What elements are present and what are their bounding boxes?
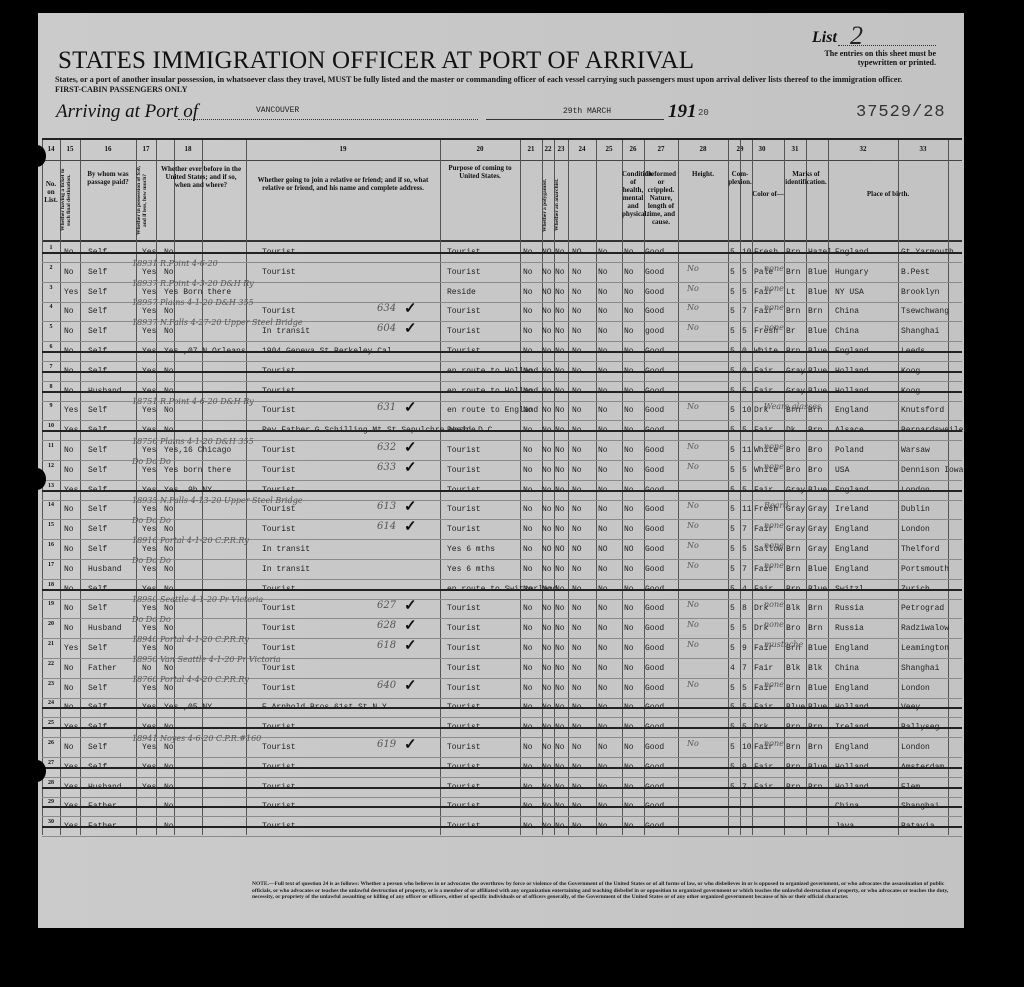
- column-number: 21: [523, 145, 539, 153]
- cell-c22: No: [542, 565, 552, 574]
- row-number: 15: [42, 522, 60, 528]
- cell-before: No: [164, 644, 174, 653]
- cell-before: No: [164, 307, 174, 316]
- cell-c25: No: [598, 743, 608, 752]
- cell-complexion: Fair: [754, 387, 773, 396]
- table-row: 7NoSelfYesNoTouristen route to HollandNo…: [42, 361, 962, 382]
- cell-before: Yes ,05 NY: [164, 703, 212, 712]
- handwritten-annotation: Do Do Do: [132, 457, 171, 466]
- cell-country: England: [835, 565, 869, 574]
- cell-c26: No: [624, 505, 634, 514]
- cell-c22: No: [542, 783, 552, 792]
- cell-c22: No: [542, 822, 552, 831]
- year-prefix: 191: [668, 101, 697, 123]
- cell-ft: 5: [730, 624, 735, 633]
- cell-hair: Brn: [786, 347, 800, 356]
- cell-c23: No: [555, 565, 565, 574]
- cell-city: Batavia: [901, 822, 935, 831]
- cell-c21: No: [523, 723, 533, 732]
- cell-in: 5: [742, 288, 747, 297]
- cell-health: Good: [645, 288, 664, 297]
- cell-money: No: [142, 664, 152, 673]
- cell-paid: Father: [88, 664, 117, 673]
- column-header: Condition of health, mental and physical…: [622, 170, 644, 218]
- cell-deformed: No: [687, 561, 699, 570]
- cell-purpose: Tourist: [447, 802, 481, 811]
- cell-ft: 5: [730, 288, 735, 297]
- cell-c24: No: [572, 486, 582, 495]
- cell-city: Elem: [901, 783, 920, 792]
- typewritten-note: The entries on this sheet must be typewr…: [806, 49, 936, 67]
- cell-marks: none: [764, 541, 784, 550]
- cell-c23: No: [555, 347, 565, 356]
- cell-c23: No: [555, 644, 565, 653]
- cell-money: Yes: [142, 367, 156, 376]
- table-row: 12NoSelfYesYes born thereTouristTouristN…: [42, 460, 962, 481]
- binder-hole: [28, 760, 46, 782]
- cell-paid: Self: [88, 248, 107, 257]
- cell-c26: No: [624, 347, 634, 356]
- cell-before: No: [164, 545, 174, 554]
- handwritten-annotation: 18760 Portal 4-4-20 C.P.R.Ry: [132, 675, 249, 684]
- cell-hair: Gray: [786, 505, 805, 514]
- cell-c26: No: [624, 624, 634, 633]
- cell-c26: No: [624, 644, 634, 653]
- cell-in: 9: [742, 763, 747, 772]
- cell-c22: No: [542, 446, 552, 455]
- cell-c24: No: [572, 783, 582, 792]
- cell-ticket: Yes: [64, 723, 78, 732]
- row-number: 16: [42, 542, 60, 548]
- cell-c26: NO: [624, 545, 634, 554]
- row-number: 17: [42, 562, 60, 568]
- inspection-number: 631: [377, 402, 396, 413]
- port-value: VANCOUVER: [256, 106, 299, 115]
- year-suffix: 20: [698, 108, 709, 118]
- cell-ft: 5: [730, 585, 735, 594]
- cell-deformed: No: [687, 541, 699, 550]
- cell-ticket: Yes: [64, 406, 78, 415]
- cell-paid: Husband: [88, 624, 122, 633]
- cell-paid: Father: [88, 802, 117, 811]
- cell-money: Yes: [142, 545, 156, 554]
- cell-health: Good: [645, 387, 664, 396]
- cell-eyes: Bro: [808, 446, 822, 455]
- cell-c25: No: [598, 426, 608, 435]
- cell-ticket: No: [64, 703, 74, 712]
- cell-purpose: Yes 6 mths: [447, 565, 495, 574]
- cell-c21: No: [523, 367, 533, 376]
- cell-before: No: [164, 367, 174, 376]
- cell-c23: No: [555, 466, 565, 475]
- cell-c25: No: [598, 624, 608, 633]
- cell-c25: No: [598, 664, 608, 673]
- handwritten-annotation: Do Do Do: [132, 556, 171, 565]
- cell-country: China: [835, 327, 859, 336]
- cell-ticket: No: [64, 387, 74, 396]
- cell-purpose: Tourist: [447, 268, 481, 277]
- cell-marks: none: [764, 620, 784, 629]
- cell-paid: Self: [88, 307, 107, 316]
- column-header: Purpose of coming to United States.: [442, 164, 518, 180]
- handwritten-annotation: 18756 Plains 4-1-20 D&H 355: [132, 437, 254, 446]
- cell-paid: Self: [88, 406, 107, 415]
- cell-before: No: [164, 664, 174, 673]
- cell-in: 11: [742, 446, 752, 455]
- cell-paid: Self: [88, 446, 107, 455]
- cell-c26: No: [624, 684, 634, 693]
- cell-c22: No: [542, 684, 552, 693]
- cell-purpose: Yes 6 mths: [447, 545, 495, 554]
- cell-in: 5: [742, 466, 747, 475]
- cell-ticket: No: [64, 367, 74, 376]
- cell-eyes: Gray: [808, 525, 827, 534]
- cell-marks: none: [764, 284, 784, 293]
- cell-join: Tourist: [262, 763, 296, 772]
- cell-health: Good: [645, 565, 664, 574]
- cell-before: No: [164, 585, 174, 594]
- cell-in: 5: [742, 327, 747, 336]
- cell-c23: No: [555, 446, 565, 455]
- cell-c25: No: [598, 525, 608, 534]
- cell-health: Good: [645, 684, 664, 693]
- inspection-number: 614: [377, 521, 396, 532]
- cell-ft: 5: [730, 367, 735, 376]
- cell-city: Amsterdam: [901, 763, 944, 772]
- cell-health: Good: [645, 703, 664, 712]
- class-label: FIRST-CABIN PASSENGERS ONLY: [55, 85, 188, 94]
- cell-c24: No: [572, 367, 582, 376]
- cell-city: Shanghai: [901, 664, 939, 673]
- cell-c26: No: [624, 248, 634, 257]
- cell-eyes: Blue: [808, 585, 827, 594]
- cell-eyes: Blue: [808, 387, 827, 396]
- cell-c25: No: [598, 585, 608, 594]
- cell-before: No: [164, 525, 174, 534]
- cell-city: Warsaw: [901, 446, 930, 455]
- cell-money: Yes: [142, 486, 156, 495]
- cell-paid: Self: [88, 367, 107, 376]
- cell-eyes: Blue: [808, 684, 827, 693]
- cell-complexion: Fair: [754, 367, 773, 376]
- cell-hair: Blk: [786, 664, 800, 673]
- cell-health: Good: [645, 268, 664, 277]
- cell-hair: Blue: [786, 703, 805, 712]
- cell-c25: No: [598, 486, 608, 495]
- cell-join: Tourist: [262, 387, 296, 396]
- cell-money: Yes: [142, 288, 156, 297]
- cell-marks: Wears glasses: [764, 402, 821, 411]
- cell-in: 4: [742, 585, 747, 594]
- cell-hair: Bro: [786, 624, 800, 633]
- inspection-number: 628: [377, 620, 396, 631]
- cell-c22: No: [542, 604, 552, 613]
- handwritten-annotation: 18931 R.Point 4-6-20: [132, 259, 218, 268]
- cell-before: No: [164, 505, 174, 514]
- cell-c23: No: [555, 406, 565, 415]
- column-number: 17: [138, 145, 154, 153]
- cell-health: Good: [645, 486, 664, 495]
- checkmark-icon: ✓: [404, 497, 417, 516]
- cell-c26: No: [624, 387, 634, 396]
- cell-city: Zurich: [901, 585, 930, 594]
- cell-c23: No: [555, 822, 565, 831]
- cell-eyes: Blue: [808, 565, 827, 574]
- cell-health: Good: [645, 604, 664, 613]
- cell-purpose: Tourist: [447, 763, 481, 772]
- cell-c23: No: [555, 604, 565, 613]
- cell-country: Switzl: [835, 585, 864, 594]
- cell-ticket: No: [64, 604, 74, 613]
- cell-deformed: No: [687, 501, 699, 510]
- cell-marks: none: [764, 264, 784, 273]
- cell-hair: Brn: [786, 684, 800, 693]
- cell-hair: Lt: [786, 288, 796, 297]
- cell-c26: No: [624, 268, 634, 277]
- cell-c21: No: [523, 387, 533, 396]
- table-row: 6NoSelfYesYes ,07 N.Orleans1904 Geneva S…: [42, 341, 962, 362]
- cell-in: 0: [742, 347, 747, 356]
- cell-purpose: Tourist: [447, 446, 481, 455]
- cell-eyes: Brn: [808, 307, 822, 316]
- cell-c23: No: [555, 723, 565, 732]
- cell-city: Koog: [901, 367, 920, 376]
- cell-country: Alsace: [835, 426, 864, 435]
- column-number: 32: [855, 145, 871, 153]
- cell-before: Yes .9b NY: [164, 486, 212, 495]
- cell-c25: No: [598, 822, 608, 831]
- cell-city: B.Pest: [901, 268, 930, 277]
- cell-paid: Self: [88, 763, 107, 772]
- cell-city: Shanghai: [901, 802, 939, 811]
- cell-health: Good: [645, 426, 664, 435]
- cell-c23: NO: [555, 545, 565, 554]
- row-number: 8: [42, 384, 60, 390]
- cell-c26: No: [624, 288, 634, 297]
- table-row: 5NoSelfYesNoIn transitTouristNoNoNoNoNoN…: [42, 321, 962, 342]
- cell-c26: No: [624, 822, 634, 831]
- cell-complexion: Fair: [754, 486, 773, 495]
- cell-c24: No: [572, 307, 582, 316]
- row-number: 28: [42, 780, 60, 786]
- cell-ft: 5: [730, 644, 735, 653]
- cell-ticket: Yes: [64, 426, 78, 435]
- cell-eyes: Blue: [808, 644, 827, 653]
- cell-c25: No: [598, 307, 608, 316]
- cell-ticket: No: [64, 466, 74, 475]
- cell-ticket: Yes: [64, 763, 78, 772]
- cell-c24: No: [572, 288, 582, 297]
- row-number: 14: [42, 502, 60, 508]
- cell-purpose: Reside: [447, 426, 476, 435]
- cell-health: Good: [645, 822, 664, 831]
- cell-country: Ireland: [835, 505, 869, 514]
- cell-in: 10: [742, 406, 752, 415]
- checkmark-icon: ✓: [404, 616, 417, 635]
- cell-c21: No: [523, 347, 533, 356]
- cell-c25: No: [598, 723, 608, 732]
- column-number: 28: [695, 145, 711, 153]
- cell-c26: No: [624, 664, 634, 673]
- cell-hair: Brn: [786, 763, 800, 772]
- cell-money: Yes: [142, 565, 156, 574]
- cell-join: Tourist: [262, 723, 296, 732]
- cell-in: 5: [742, 387, 747, 396]
- cell-c24: No: [572, 644, 582, 653]
- column-header: By whom was passage paid?: [82, 170, 134, 186]
- cell-before: No: [164, 822, 174, 831]
- cell-c24: No: [572, 822, 582, 831]
- cell-c26: No: [624, 525, 634, 534]
- cell-eyes: Blue: [808, 268, 827, 277]
- cell-ft: 5: [730, 763, 735, 772]
- cell-paid: Self: [88, 327, 107, 336]
- cell-country: England: [835, 248, 869, 257]
- cell-c22: No: [542, 802, 552, 811]
- column-number: 26: [625, 145, 641, 153]
- handwritten-annotation: 18941 Noyes 4-6-20 C.P.R.#160: [132, 734, 261, 743]
- cell-paid: Husband: [88, 783, 122, 792]
- cell-deformed: No: [687, 462, 699, 471]
- row-number: 26: [42, 740, 60, 746]
- cell-marks: none: [764, 462, 784, 471]
- column-header: Color of—: [752, 190, 784, 198]
- cell-complexion: Fair: [754, 703, 773, 712]
- cell-paid: Self: [88, 525, 107, 534]
- cell-c23: No: [555, 525, 565, 534]
- cell-c22: No: [542, 723, 552, 732]
- cell-c26: No: [624, 783, 634, 792]
- document-title: STATES IMMIGRATION OFFICER AT PORT OF AR…: [58, 47, 694, 75]
- cell-ticket: No: [64, 347, 74, 356]
- cell-c21: No: [523, 248, 533, 257]
- cell-purpose: Tourist: [447, 624, 481, 633]
- cell-city: Radziwalow: [901, 624, 949, 633]
- checkmark-icon: ✓: [404, 438, 417, 457]
- cell-city: Tsewchwang: [901, 307, 949, 316]
- instruction-line: States, or a port of another insular pos…: [55, 75, 902, 84]
- cell-deformed: No: [687, 521, 699, 530]
- cell-money: Yes: [142, 644, 156, 653]
- cell-c23: No: [555, 763, 565, 772]
- cell-join: Tourist: [262, 604, 296, 613]
- cell-ft: 4: [730, 664, 735, 673]
- cell-before: No: [164, 624, 174, 633]
- cell-c24: No: [572, 505, 582, 514]
- cell-country: England: [835, 743, 869, 752]
- cell-money: Yes: [142, 624, 156, 633]
- row-number: 10: [42, 423, 60, 429]
- cell-c23: No: [555, 426, 565, 435]
- column-header: Whether in possession of $50, and if les…: [136, 165, 156, 235]
- handwritten-annotation: Do Do Do: [132, 516, 171, 525]
- cell-ft: 5: [730, 783, 735, 792]
- cell-ticket: Yes: [64, 486, 78, 495]
- cell-hair: Br: [786, 327, 796, 336]
- row-number: 6: [42, 344, 60, 350]
- cell-c22: No: [542, 367, 552, 376]
- cell-money: Yes: [142, 783, 156, 792]
- cell-join: Tourist: [262, 783, 296, 792]
- column-number-row: 1415161718192021222324252627282930313233: [42, 140, 962, 161]
- cell-c25: No: [598, 367, 608, 376]
- cell-country: Holland: [835, 703, 869, 712]
- cell-join: Tourist: [262, 644, 296, 653]
- checkmark-icon: ✓: [404, 398, 417, 417]
- cell-c23: No: [555, 684, 565, 693]
- cell-c25: No: [598, 604, 608, 613]
- handwritten-annotation: 18751 R.Point 4-6-20 D&H Ry: [132, 397, 254, 406]
- cell-ticket: No: [64, 565, 74, 574]
- cell-ft: 5: [730, 387, 735, 396]
- cell-c21: No: [523, 307, 533, 316]
- cell-purpose: Tourist: [447, 703, 481, 712]
- cell-in: 7: [742, 783, 747, 792]
- cell-c21: No: [523, 545, 533, 554]
- cell-in: 5: [742, 268, 747, 277]
- cell-paid: Self: [88, 545, 107, 554]
- cell-purpose: Tourist: [447, 822, 481, 831]
- cell-paid: Self: [88, 288, 107, 297]
- cell-join: E.Arnhold Bros 61st St N.Y.: [262, 703, 392, 712]
- manifest-table: 1415161718192021222324252627282930313233…: [42, 138, 962, 140]
- cell-money: Yes: [142, 347, 156, 356]
- handwritten-annotation: 18957 Plains 4-1-20 D&H 355: [132, 298, 254, 307]
- cell-country: Holland: [835, 763, 869, 772]
- cell-city: Veey: [901, 703, 920, 712]
- cell-c23: No: [555, 664, 565, 673]
- cell-c26: No: [624, 604, 634, 613]
- cell-purpose: en route to Switzerland: [447, 585, 557, 594]
- cell-ticket: Yes: [64, 822, 78, 831]
- row-number: 4: [42, 304, 60, 310]
- row-number: 18: [42, 582, 60, 588]
- column-number: 15: [62, 145, 78, 153]
- cell-purpose: Tourist: [447, 347, 481, 356]
- cell-c25: No: [598, 466, 608, 475]
- cell-ft: 5: [730, 307, 735, 316]
- cell-eyes: Brn: [808, 743, 822, 752]
- manifest-sheet: List 2 The entries on this sheet must be…: [38, 13, 964, 928]
- row-number: 25: [42, 720, 60, 726]
- cell-c23: No: [555, 307, 565, 316]
- cell-c22: No: [542, 644, 552, 653]
- cell-c26: No: [624, 406, 634, 415]
- cell-ft: 5: [730, 743, 735, 752]
- cell-c26: No: [624, 307, 634, 316]
- cell-marks: mustache: [764, 640, 803, 649]
- cell-paid: Husband: [88, 387, 122, 396]
- cell-health: Good: [645, 505, 664, 514]
- cell-c24: No: [572, 684, 582, 693]
- cell-in: 8: [742, 604, 747, 613]
- cell-ft: 5: [730, 525, 735, 534]
- cell-c21: No: [523, 327, 533, 336]
- cell-c24: No: [572, 585, 582, 594]
- cell-c21: No: [523, 624, 533, 633]
- row-number: 29: [42, 799, 60, 805]
- column-number: 31: [787, 145, 803, 153]
- cell-c25: No: [598, 268, 608, 277]
- cell-paid: Self: [88, 684, 107, 693]
- cell-city: Petrograd: [901, 604, 944, 613]
- row-number: 7: [42, 364, 60, 370]
- column-header: Whether having a ticket to such final de…: [60, 165, 80, 235]
- cell-c26: No: [624, 565, 634, 574]
- checkmark-icon: ✓: [404, 676, 417, 695]
- cell-in: 5: [742, 703, 747, 712]
- cell-c23: No: [555, 743, 565, 752]
